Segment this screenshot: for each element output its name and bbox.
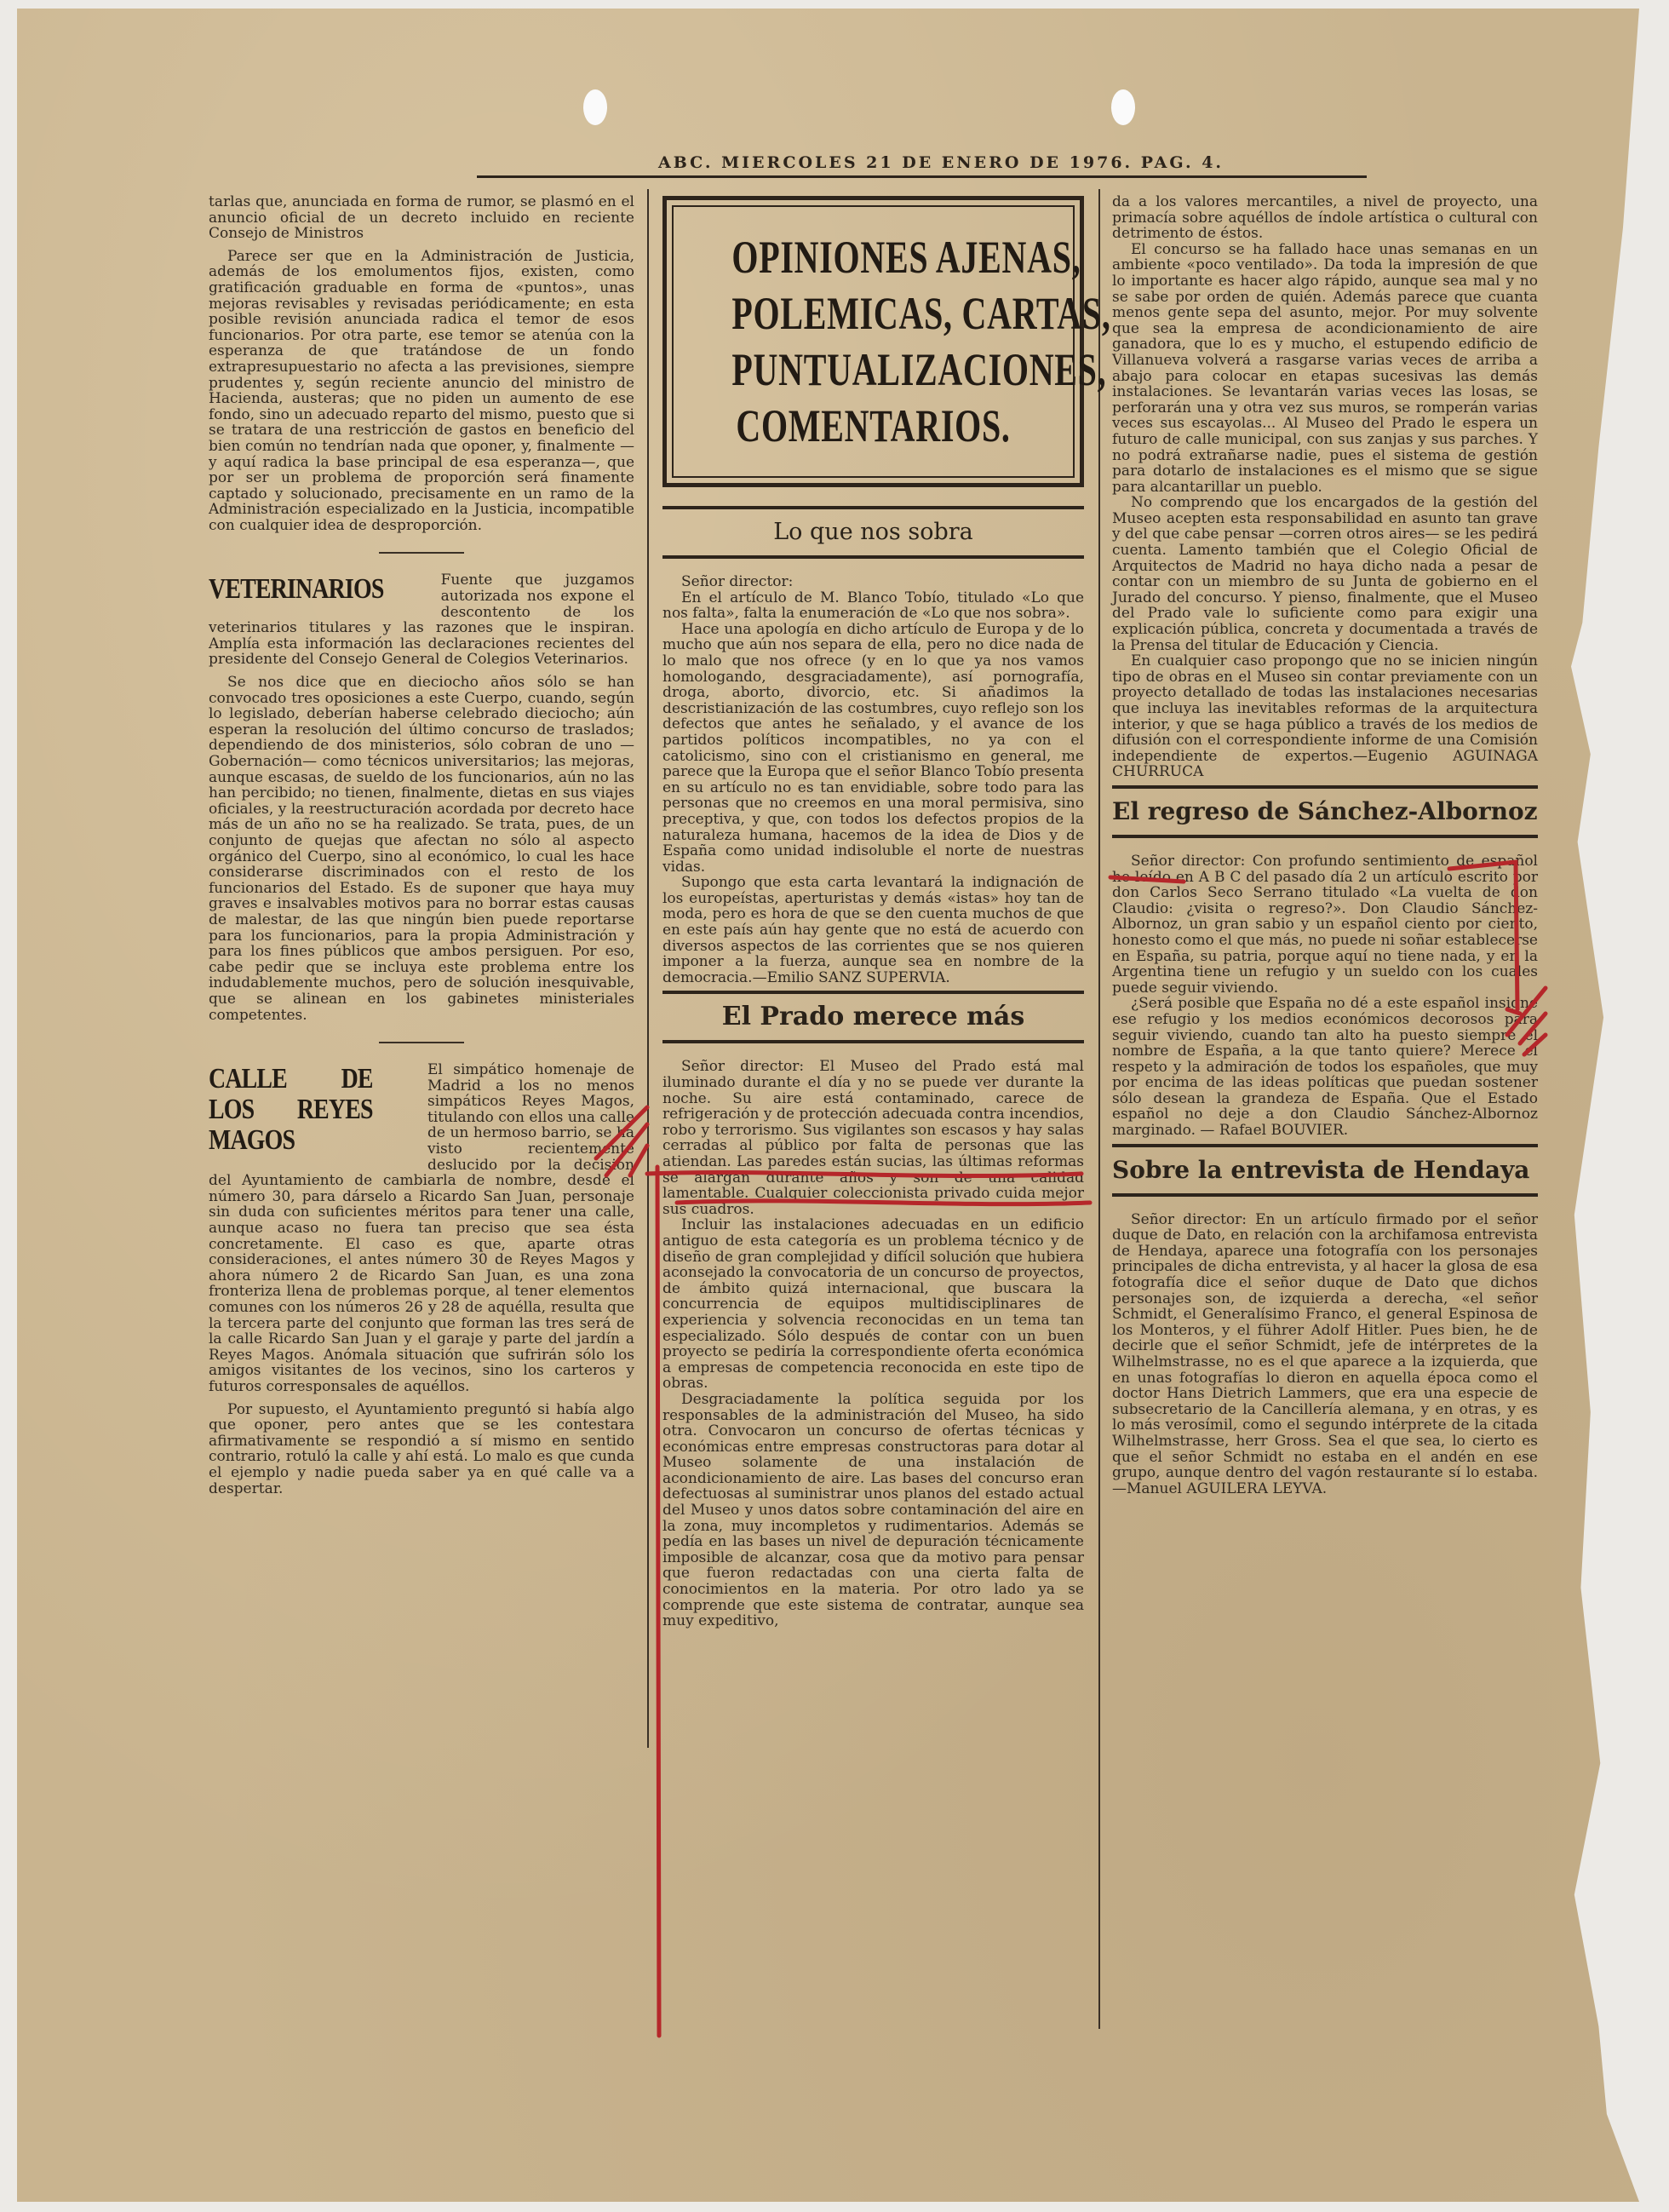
- column-divider: [647, 189, 649, 1748]
- article-paragraph: Parece ser que en la Administración de J…: [209, 249, 634, 534]
- letter-heading: El regreso de Sánchez-Albornoz: [1112, 785, 1538, 838]
- article-veterinarios: VETERINARIOS Fuente que juzgamos autoriz…: [209, 572, 634, 1023]
- column-2: OPINIONES AJENAS, POLEMICAS, CARTAS, PUN…: [662, 196, 1084, 1629]
- section-banner-box: OPINIONES AJENAS, POLEMICAS, CARTAS, PUN…: [662, 196, 1084, 487]
- masthead-rule: [477, 175, 1367, 178]
- banner-line: COMENTARIOS.: [731, 398, 1014, 454]
- section-divider: [379, 552, 464, 554]
- letter-heading: Sobre la entrevista de Hendaya: [1112, 1144, 1538, 1197]
- punch-hole: [583, 89, 607, 125]
- article-continuation: tarlas que, anunciada en forma de rumor,…: [209, 194, 634, 242]
- letter-paragraph: En cualquier caso propongo que no se ini…: [1112, 653, 1538, 780]
- article-reyes-magos: CALLE DE LOS REYES MAGOS El simpático ho…: [209, 1062, 634, 1497]
- letter-paragraph: Señor director: Con profundo sentimiento…: [1112, 853, 1538, 996]
- banner-line: OPINIONES AJENAS,: [731, 229, 1014, 285]
- letter-continuation: da a los valores mercantiles, a nivel de…: [1112, 194, 1538, 242]
- letter-paragraph: En el artículo de M. Blanco Tobío, titul…: [662, 590, 1084, 622]
- letter-paragraph: El concurso se ha fallado hace unas sema…: [1112, 242, 1538, 496]
- punch-hole: [1111, 89, 1135, 125]
- letter-heading: El Prado merece más: [662, 991, 1084, 1043]
- letter-paragraph: Desgraciadamente la política seguida por…: [662, 1392, 1084, 1629]
- letter-salutation: Señor director:: [662, 574, 1084, 590]
- letter-paragraph: ¿Será posible que España no dé a este es…: [1112, 996, 1538, 1138]
- column-3: da a los valores mercantiles, a nivel de…: [1112, 194, 1538, 1497]
- letter-paragraph: Supongo que esta carta levantará la indi…: [662, 875, 1084, 985]
- letter-heading: Lo que nos sobra: [662, 506, 1084, 559]
- article-paragraph: Se nos dice que en dieciocho años sólo s…: [209, 675, 634, 1023]
- letter-paragraph: Señor director: El Museo del Prado está …: [662, 1059, 1084, 1217]
- column-1: tarlas que, anunciada en forma de rumor,…: [209, 194, 634, 1497]
- section-divider: [379, 1042, 464, 1043]
- article-heading: VETERINARIOS: [209, 574, 384, 605]
- article-paragraph: Por supuesto, el Ayuntamiento preguntó s…: [209, 1402, 634, 1497]
- letter-paragraph: Señor director: En un artículo firmado p…: [1112, 1212, 1538, 1497]
- article-heading: CALLE DE LOS REYES MAGOS: [209, 1064, 373, 1156]
- letter-paragraph: Hace una apología en dicho artículo de E…: [662, 622, 1084, 876]
- letter-paragraph: No comprendo que los encargados de la ge…: [1112, 495, 1538, 653]
- column-divider: [1098, 189, 1100, 2029]
- masthead: ABC. MIERCOLES 21 DE ENERO DE 1976. PAG.…: [519, 153, 1362, 172]
- banner-line: POLEMICAS, CARTAS,: [731, 285, 1014, 342]
- banner-line: PUNTUALIZACIONES,: [731, 342, 1014, 398]
- letter-paragraph: Incluir las instalaciones adecuadas en u…: [662, 1217, 1084, 1392]
